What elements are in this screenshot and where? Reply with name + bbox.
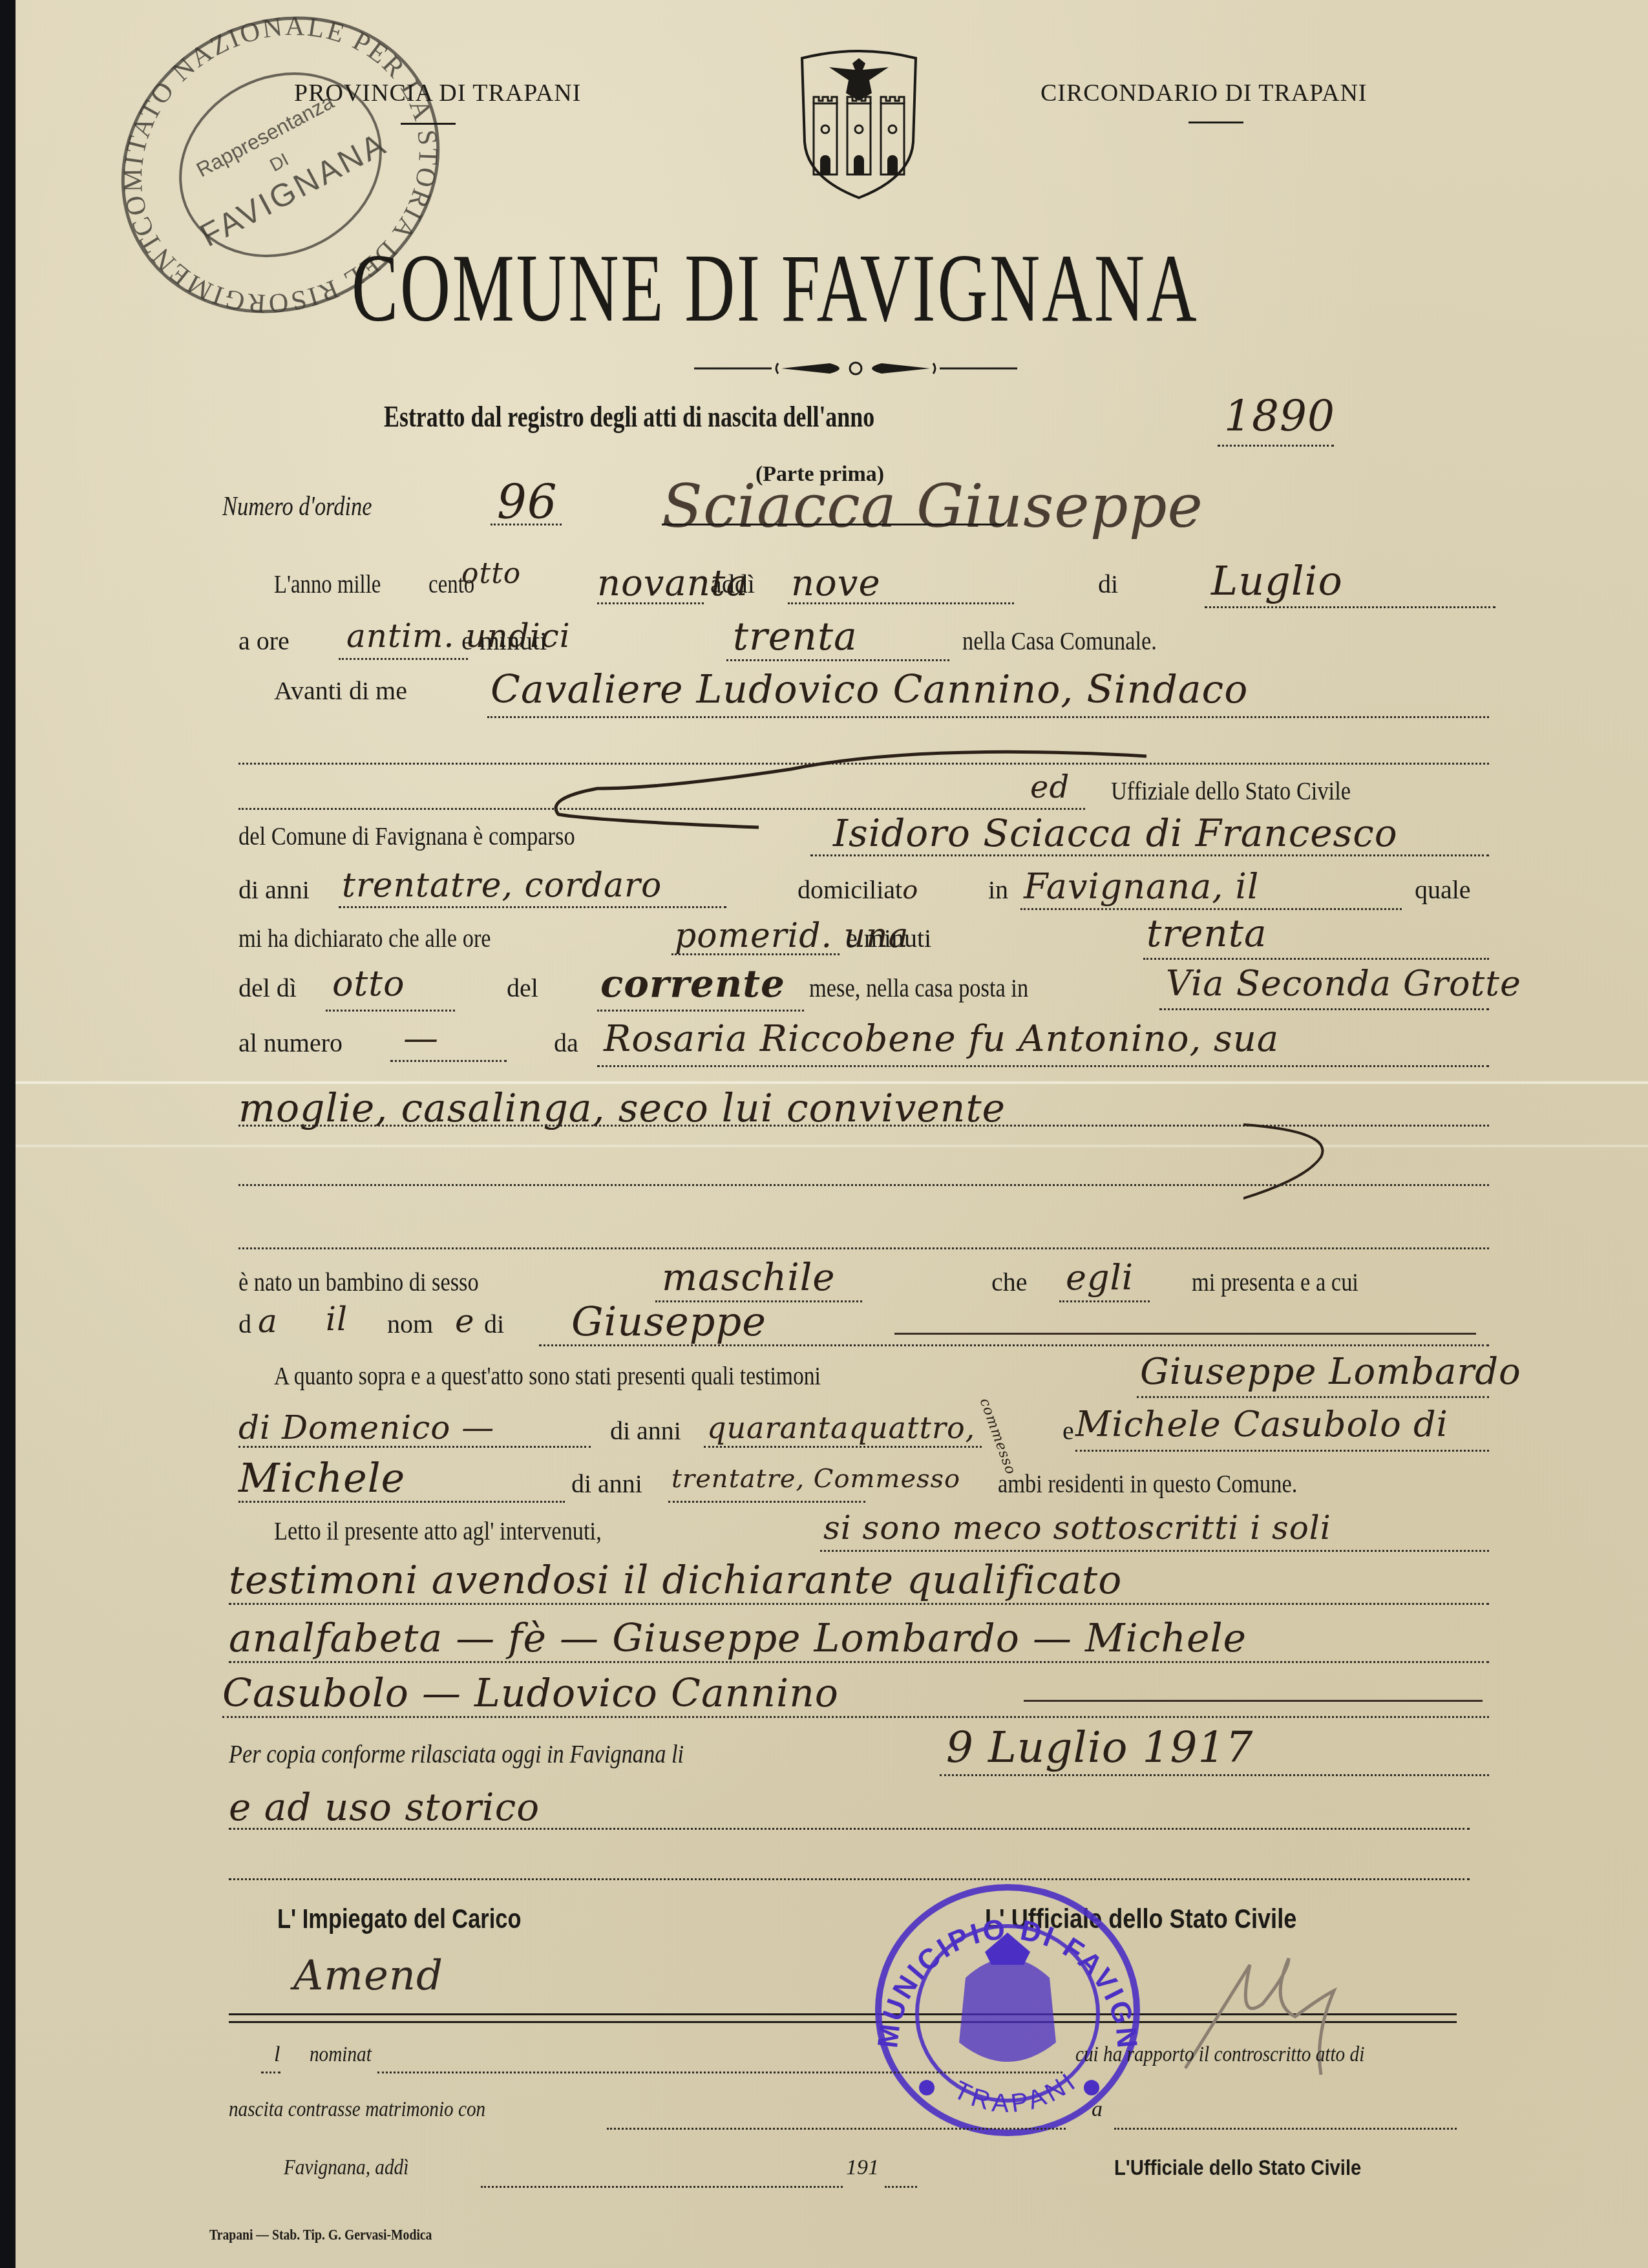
officer-name: Cavaliere Ludovico Cannino, Sindaco xyxy=(491,667,1248,712)
label-che: che xyxy=(991,1267,1028,1297)
municipal-stamp-icon: MUNICIPIO DI FAVIGNANA TRAPANI xyxy=(869,1881,1146,2139)
copy-purpose-line xyxy=(229,1828,1470,1830)
label-per-copia: Per copia conforme rilasciata oggi in Fa… xyxy=(229,1739,758,1769)
label-di-anni-3: di anni xyxy=(571,1468,642,1499)
annotation-spouse-line xyxy=(607,2128,1066,2130)
blank-line-4 xyxy=(229,1878,1470,1880)
order-number-label: Numero d'ordine xyxy=(222,491,405,522)
annotation-name-line xyxy=(377,2072,1062,2073)
district-label: CIRCONDARIO DI TRAPANI xyxy=(1041,79,1368,107)
subject-underline xyxy=(662,524,1004,525)
reading-note-1: si sono meco sottoscritti i soli xyxy=(823,1509,1331,1547)
label-casa-comunale: nella Casa Comunale. xyxy=(962,626,1188,656)
birth-street: Via Seconda Grotte xyxy=(1166,963,1521,1004)
order-number-line xyxy=(491,524,562,525)
annotation-favignana-addi: Favignana, addì xyxy=(284,2156,429,2180)
label-mi-presenta: mi presenta e a cui xyxy=(1192,1267,1386,1297)
mother-name: Rosaria Riccobene fu Antonino, sua xyxy=(604,1018,1279,1060)
minutes-words: trenta xyxy=(733,614,858,659)
declarant-age-job: trentatre, cordaro xyxy=(342,866,662,905)
province-label: PROVINCIA DI TRAPANI xyxy=(294,79,581,107)
order-number: 96 xyxy=(497,475,558,529)
label-avanti-di-me: Avanti di me xyxy=(274,675,407,706)
label-in: in xyxy=(988,874,1008,905)
officer-line-2 xyxy=(238,808,1085,810)
label-nom: nom xyxy=(387,1309,433,1339)
house-number: — xyxy=(403,1018,439,1059)
label-dichiarato: mi ha dichiarato che alle ore xyxy=(238,923,532,953)
annotation-nascita: nascita contrasse matrimonio con xyxy=(229,2097,527,2122)
label-da: da xyxy=(554,1028,578,1058)
child-name: Giuseppe xyxy=(571,1298,766,1345)
annotation-year-prefix: 191 xyxy=(846,2156,879,2180)
reading-note-4: Casubolo — Ludovico Cannino xyxy=(222,1671,839,1716)
label-di-anni-2: di anni xyxy=(610,1415,681,1446)
header-rule-left xyxy=(401,123,456,125)
witness-1-father: di Domenico — xyxy=(238,1409,494,1447)
reading-note-3: analfabeta — fè — Giuseppe Lombardo — Mi… xyxy=(229,1616,1247,1661)
reading-line-4 xyxy=(222,1716,1489,1718)
ornamental-divider-icon xyxy=(694,355,1017,381)
birth-day: otto xyxy=(332,963,405,1004)
presenter-line xyxy=(1059,1300,1150,1302)
birth-month-line xyxy=(597,1010,804,1012)
suffix-e: e xyxy=(455,1302,475,1340)
witness-2-name: Michele Casubolo di xyxy=(1075,1404,1448,1445)
closing-flourish-icon xyxy=(1243,1118,1411,1247)
annotation-l-line xyxy=(261,2072,280,2073)
label-domiciliat: domiciliato xyxy=(798,874,918,905)
minutes-line xyxy=(726,659,949,661)
annotation-l: l xyxy=(274,2042,280,2067)
month-words: Luglio xyxy=(1211,557,1343,604)
century-word: otto xyxy=(461,557,521,590)
witness-2-father-line xyxy=(238,1501,565,1503)
street-line xyxy=(1159,1008,1489,1010)
reading-note-2: testimoni avendosi il dichiarante qualif… xyxy=(229,1558,1122,1603)
subject-name: Sciacca Giuseppe xyxy=(662,472,1203,541)
verb-a: a xyxy=(258,1302,278,1340)
blank-line-2 xyxy=(238,1184,1489,1186)
label-di: di xyxy=(1098,569,1118,599)
year-words-line xyxy=(597,602,704,604)
label-del: del xyxy=(507,973,538,1003)
conjunction-ed: ed xyxy=(1030,769,1070,805)
annotation-nominat: nominat xyxy=(310,2042,381,2067)
witness-1-age: quarantaquattro, xyxy=(707,1410,975,1445)
day-line xyxy=(788,602,1014,604)
clerk-signature: Amend xyxy=(293,1952,443,2000)
extract-heading: Estratto dal registro degli atti di nasc… xyxy=(384,399,1013,434)
mother-line xyxy=(597,1065,1489,1067)
month-line xyxy=(1205,606,1495,608)
label-al-numero: al numero xyxy=(238,1028,343,1058)
copy-date: 9 Luglio 1917 xyxy=(946,1722,1253,1772)
house-number-line xyxy=(390,1060,507,1062)
label-residenti: ambi residenti in questo Comune. xyxy=(998,1468,1346,1499)
birth-minutes: trenta xyxy=(1146,911,1267,955)
presenter: egli xyxy=(1066,1257,1134,1298)
witness-1-father-line xyxy=(238,1446,591,1448)
reading-line-1 xyxy=(820,1550,1489,1552)
witness-1-job: commesso xyxy=(977,1396,1019,1477)
label-casa-posta: mese, nella casa posta in xyxy=(809,973,1064,1003)
child-name-strike xyxy=(894,1333,1476,1335)
child-sex: maschile xyxy=(662,1255,836,1299)
witness-1-age-line xyxy=(704,1446,982,1448)
annotation-place-line xyxy=(1114,2128,1457,2130)
residence-line xyxy=(1020,908,1402,910)
officer-line xyxy=(487,716,1489,718)
paper-fold xyxy=(16,1081,1648,1085)
blank-line-3 xyxy=(238,1247,1489,1249)
copy-date-line xyxy=(940,1774,1489,1776)
label-addi: addì xyxy=(710,569,755,599)
label-di-2: di xyxy=(484,1309,504,1339)
annotation-rapporto: cui ha rapporto il controscritto atto di xyxy=(1075,2042,1411,2067)
witness-2-age-job: trentatre, Commesso xyxy=(671,1464,960,1494)
copy-purpose: e ad uso storico xyxy=(229,1785,540,1829)
witness-1-name: Giuseppe Lombardo xyxy=(1140,1351,1521,1393)
label-comparso: del Comune di Favignana è comparso xyxy=(238,821,629,851)
printer-imprint: Trapani — Stab. Tip. G. Gervasi-Modica xyxy=(209,2227,481,2244)
label-minuti: e minuti xyxy=(461,626,547,656)
birth-month: corrente xyxy=(600,962,785,1006)
age-job-line xyxy=(339,906,726,908)
label-quale: quale xyxy=(1415,874,1471,905)
page-title: COMUNE DI FAVIGNANA xyxy=(352,233,1528,344)
svg-text:TRAPANI: TRAPANI xyxy=(949,2066,1083,2119)
label-di-anni: di anni xyxy=(238,874,310,905)
residence-town: Favignana, il xyxy=(1024,866,1259,907)
birth-minutes-line xyxy=(1143,958,1489,960)
coat-of-arms-icon xyxy=(794,45,924,200)
reading-line-3 xyxy=(229,1661,1489,1663)
label-uffiziale: Uffiziale dello Stato Civile xyxy=(1111,776,1389,806)
label-del-di: del dì xyxy=(238,973,297,1003)
year-field-line xyxy=(1218,445,1334,447)
registry-year: 1890 xyxy=(1224,391,1335,441)
hour-line xyxy=(339,658,468,660)
label-testimoni: A quanto sopra e a quest'atto sono stati… xyxy=(274,1361,925,1391)
witness-1-line xyxy=(1137,1396,1489,1398)
birth-hour-line xyxy=(671,953,840,955)
clerk-label: L' Impiegato del Carico xyxy=(277,1903,575,1934)
label-e: e xyxy=(1062,1415,1074,1446)
article-il: il xyxy=(326,1300,348,1338)
label-a-ore: a ore xyxy=(238,626,290,656)
reading-strike xyxy=(1024,1700,1483,1702)
certificate-page: COMITATO NAZIONALE PER LA STORIA DEL RIS… xyxy=(16,0,1648,2268)
reading-line-2 xyxy=(229,1603,1489,1605)
declarant-line xyxy=(810,854,1489,856)
annotation-a: a xyxy=(1092,2097,1103,2122)
birth-day-line xyxy=(326,1010,455,1012)
annotation-year-line xyxy=(885,2186,917,2188)
declarant-name: Isidoro Sciacca di Francesco xyxy=(833,811,1398,855)
label-letto: Letto il presente atto agl' intervenuti, xyxy=(274,1516,655,1546)
label-minuti-2: e minuti xyxy=(846,923,931,953)
label-nato: è nato un bambino di sesso xyxy=(238,1267,518,1297)
day-words: nove xyxy=(791,562,881,604)
witness-2-father: Michele xyxy=(238,1454,405,1501)
annotation-officer-label: L'Ufficiale dello Stato Civile xyxy=(1114,2156,1402,2181)
witness-2-age-line xyxy=(668,1501,865,1503)
header-rule-right xyxy=(1188,122,1243,123)
annotation-date-line xyxy=(481,2186,843,2188)
child-name-line xyxy=(539,1344,1489,1346)
label-d: d xyxy=(238,1309,251,1339)
witness-2-line xyxy=(1075,1450,1489,1452)
